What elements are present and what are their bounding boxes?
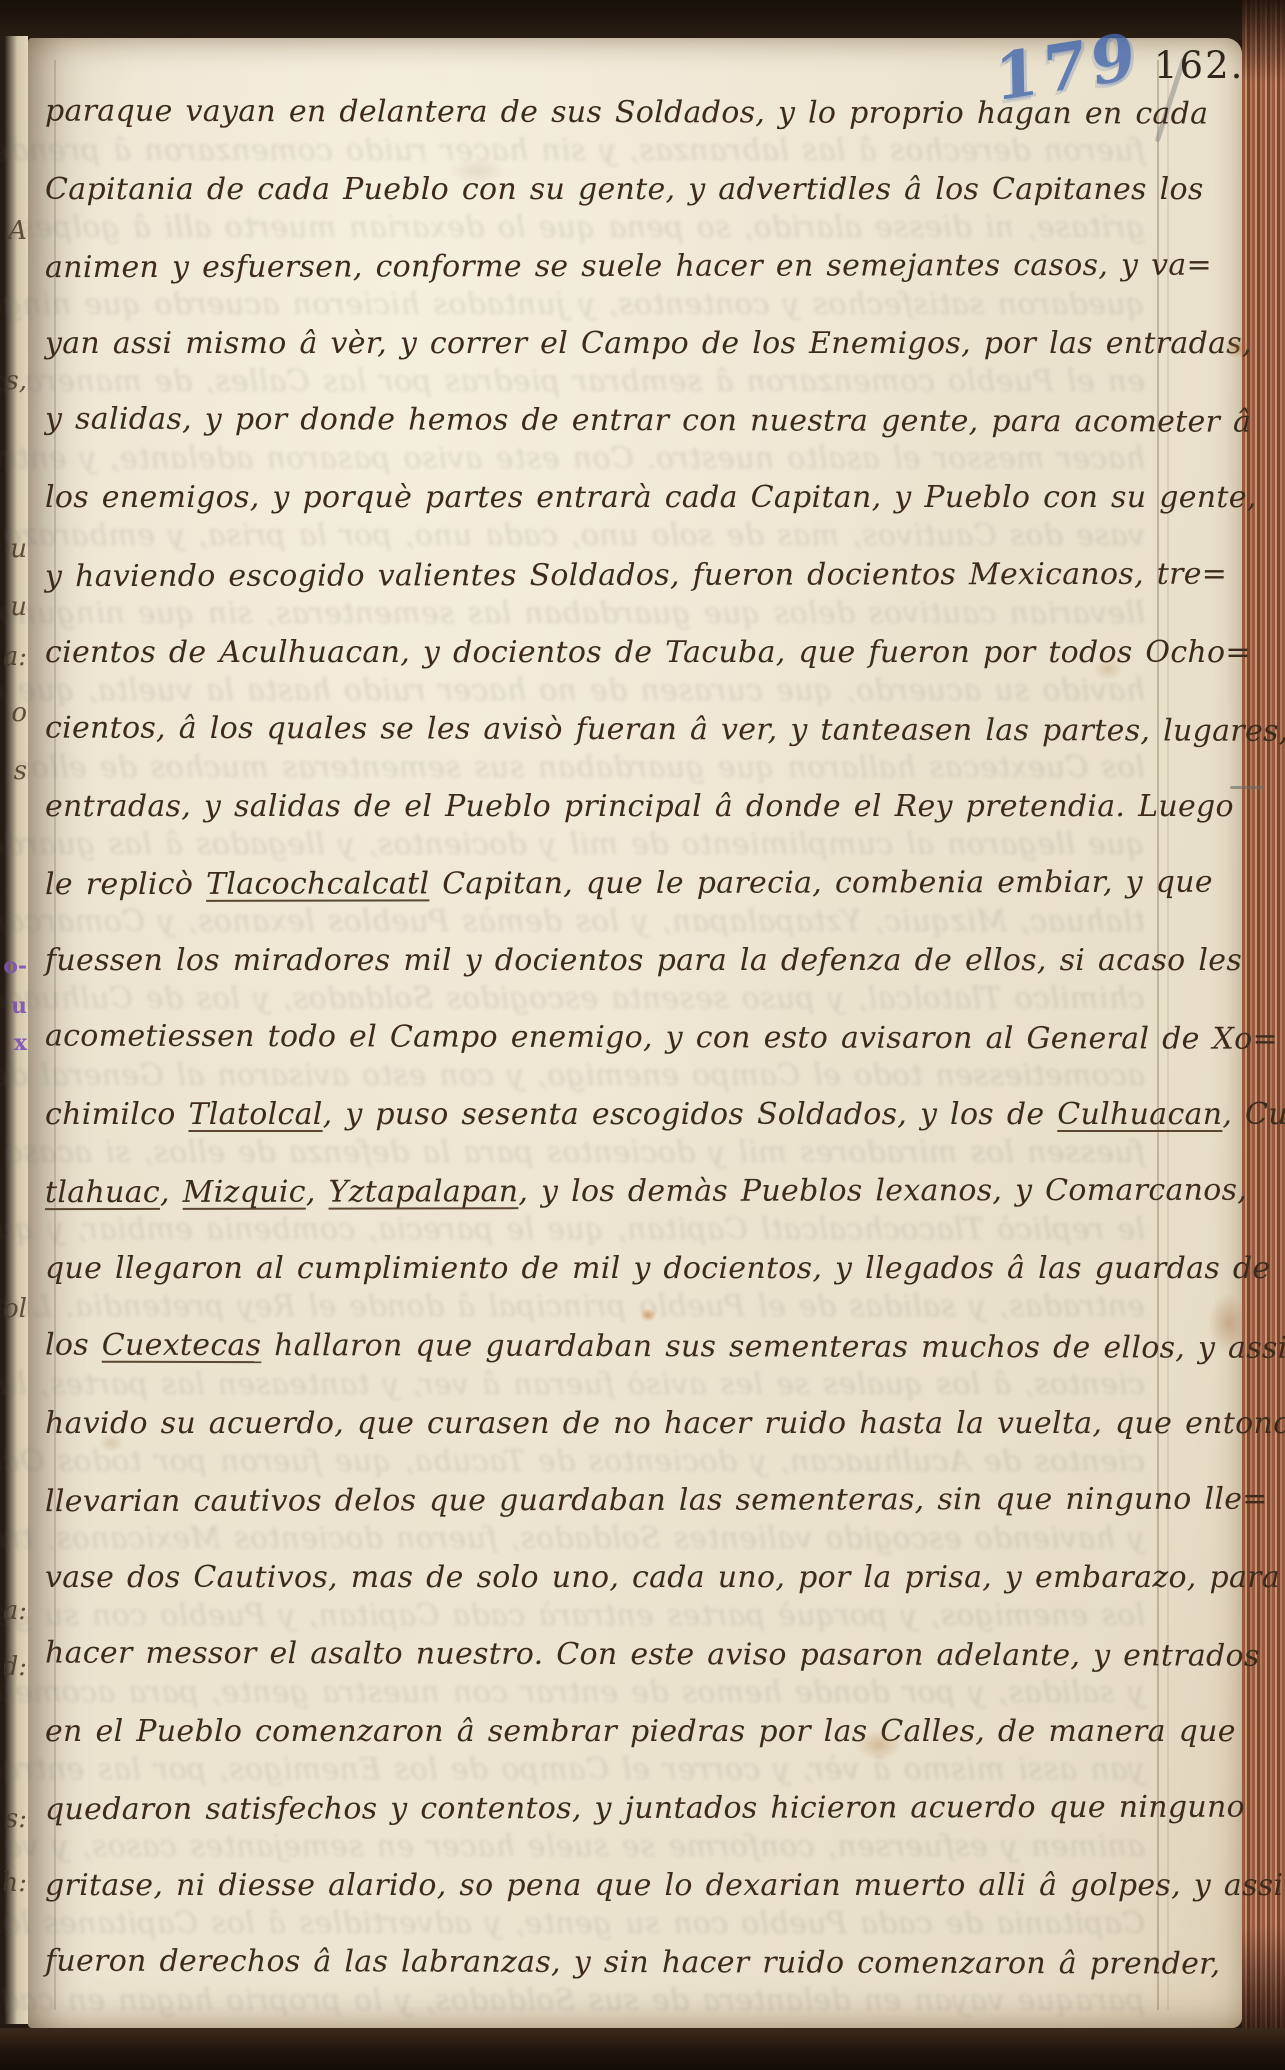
edge-fragment: a: bbox=[4, 1596, 27, 1626]
manuscript-line: fueron derechos â las labranzas, y sin h… bbox=[45, 1923, 1153, 2003]
edge-fragment: A bbox=[8, 216, 27, 246]
manuscript-line: los enemigos, y porquè partes entrarà ca… bbox=[45, 459, 1153, 536]
manuscript-line: entradas, y salidas de el Pueblo princip… bbox=[45, 768, 1153, 845]
edge-fragment: u bbox=[10, 592, 27, 622]
manuscript-line: fuessen los miradores mil y docientos pa… bbox=[45, 922, 1153, 999]
folio-number: 162. bbox=[1154, 44, 1244, 87]
manuscript-line: acometiessen todo el Campo enemigo, y co… bbox=[45, 998, 1153, 1078]
edge-fragment: d: bbox=[4, 1652, 27, 1682]
edge-fragment: s bbox=[14, 756, 27, 786]
page-sheet: fueron derechos â las labranzas, y sin h… bbox=[28, 38, 1242, 2028]
manuscript-line: chimilco Tlatolcal, y puso sesenta escog… bbox=[45, 1076, 1153, 1153]
edge-fragment: o- bbox=[4, 953, 27, 979]
book-bottom-edge bbox=[0, 2028, 1285, 2070]
manuscript-line: vase dos Cautivos, mas de solo uno, cada… bbox=[45, 1539, 1153, 1616]
manuscript-line: animen y esfuersen, conforme se suele ha… bbox=[45, 227, 1153, 306]
manuscript-line: quedaron satisfechos y contentos, y junt… bbox=[45, 1769, 1153, 1848]
manuscript-line: que llegaron al cumplimiento de mil y do… bbox=[45, 1230, 1153, 1307]
facing-page-sliver: As,uua:oso-uxola:d:s:lh: bbox=[4, 36, 28, 2024]
manuscript-line: gritase, ni diesse alarido, so pena que … bbox=[45, 1847, 1153, 1924]
edge-fragment: ol bbox=[4, 1294, 27, 1324]
edge-fragment: s: bbox=[5, 1804, 27, 1834]
manuscript-line: Capitania de cada Pueblo con su gente, y… bbox=[45, 151, 1153, 228]
edge-fragment: lh: bbox=[4, 1868, 27, 1898]
manuscript-line: havido su acuerdo, que curasen de no hac… bbox=[45, 1385, 1153, 1462]
manuscript-text: paraque vayan en delantera de sus Soldad… bbox=[45, 74, 1153, 2001]
manuscript-line: yan assi mismo â vèr, y correr el Campo … bbox=[45, 305, 1153, 382]
manuscript-scan: { "page": { "folio_number_ink": "162.", … bbox=[0, 0, 1285, 2070]
manuscript-line: le replicò Tlacochcalcatl Capitan, que l… bbox=[45, 844, 1153, 923]
manuscript-line: en el Pueblo comenzaron â sembrar piedra… bbox=[45, 1693, 1153, 1770]
manuscript-line: y haviendo escogido valientes Soldados, … bbox=[45, 535, 1153, 614]
edge-fragment: u bbox=[11, 993, 27, 1019]
manuscript-line: paraque vayan en delantera de sus Soldad… bbox=[45, 73, 1153, 153]
edge-fragment: a: bbox=[4, 642, 27, 672]
edge-fragment: o bbox=[11, 698, 27, 728]
edge-fragment: x bbox=[14, 1030, 27, 1056]
edge-fragment: s, bbox=[5, 366, 27, 396]
manuscript-line: y salidas, y por donde hemos de entrar c… bbox=[45, 381, 1153, 461]
manuscript-line: llevarian cautivos delos que guardaban l… bbox=[45, 1461, 1153, 1540]
manuscript-line: cientos de Aculhuacan, y docientos de Ta… bbox=[45, 614, 1153, 691]
manuscript-line: cientos, â los quales se les avisò fuera… bbox=[45, 689, 1153, 769]
edge-fragment: u bbox=[10, 534, 27, 564]
manuscript-line: hacer messor el asalto nuestro. Con este… bbox=[45, 1614, 1153, 1694]
manuscript-line: los Cuextecas hallaron que guardaban sus… bbox=[45, 1306, 1153, 1386]
manuscript-line: tlahuac, Mizquic, Yztapalapan, y los dem… bbox=[45, 1152, 1153, 1231]
margin-dash bbox=[1230, 786, 1264, 789]
